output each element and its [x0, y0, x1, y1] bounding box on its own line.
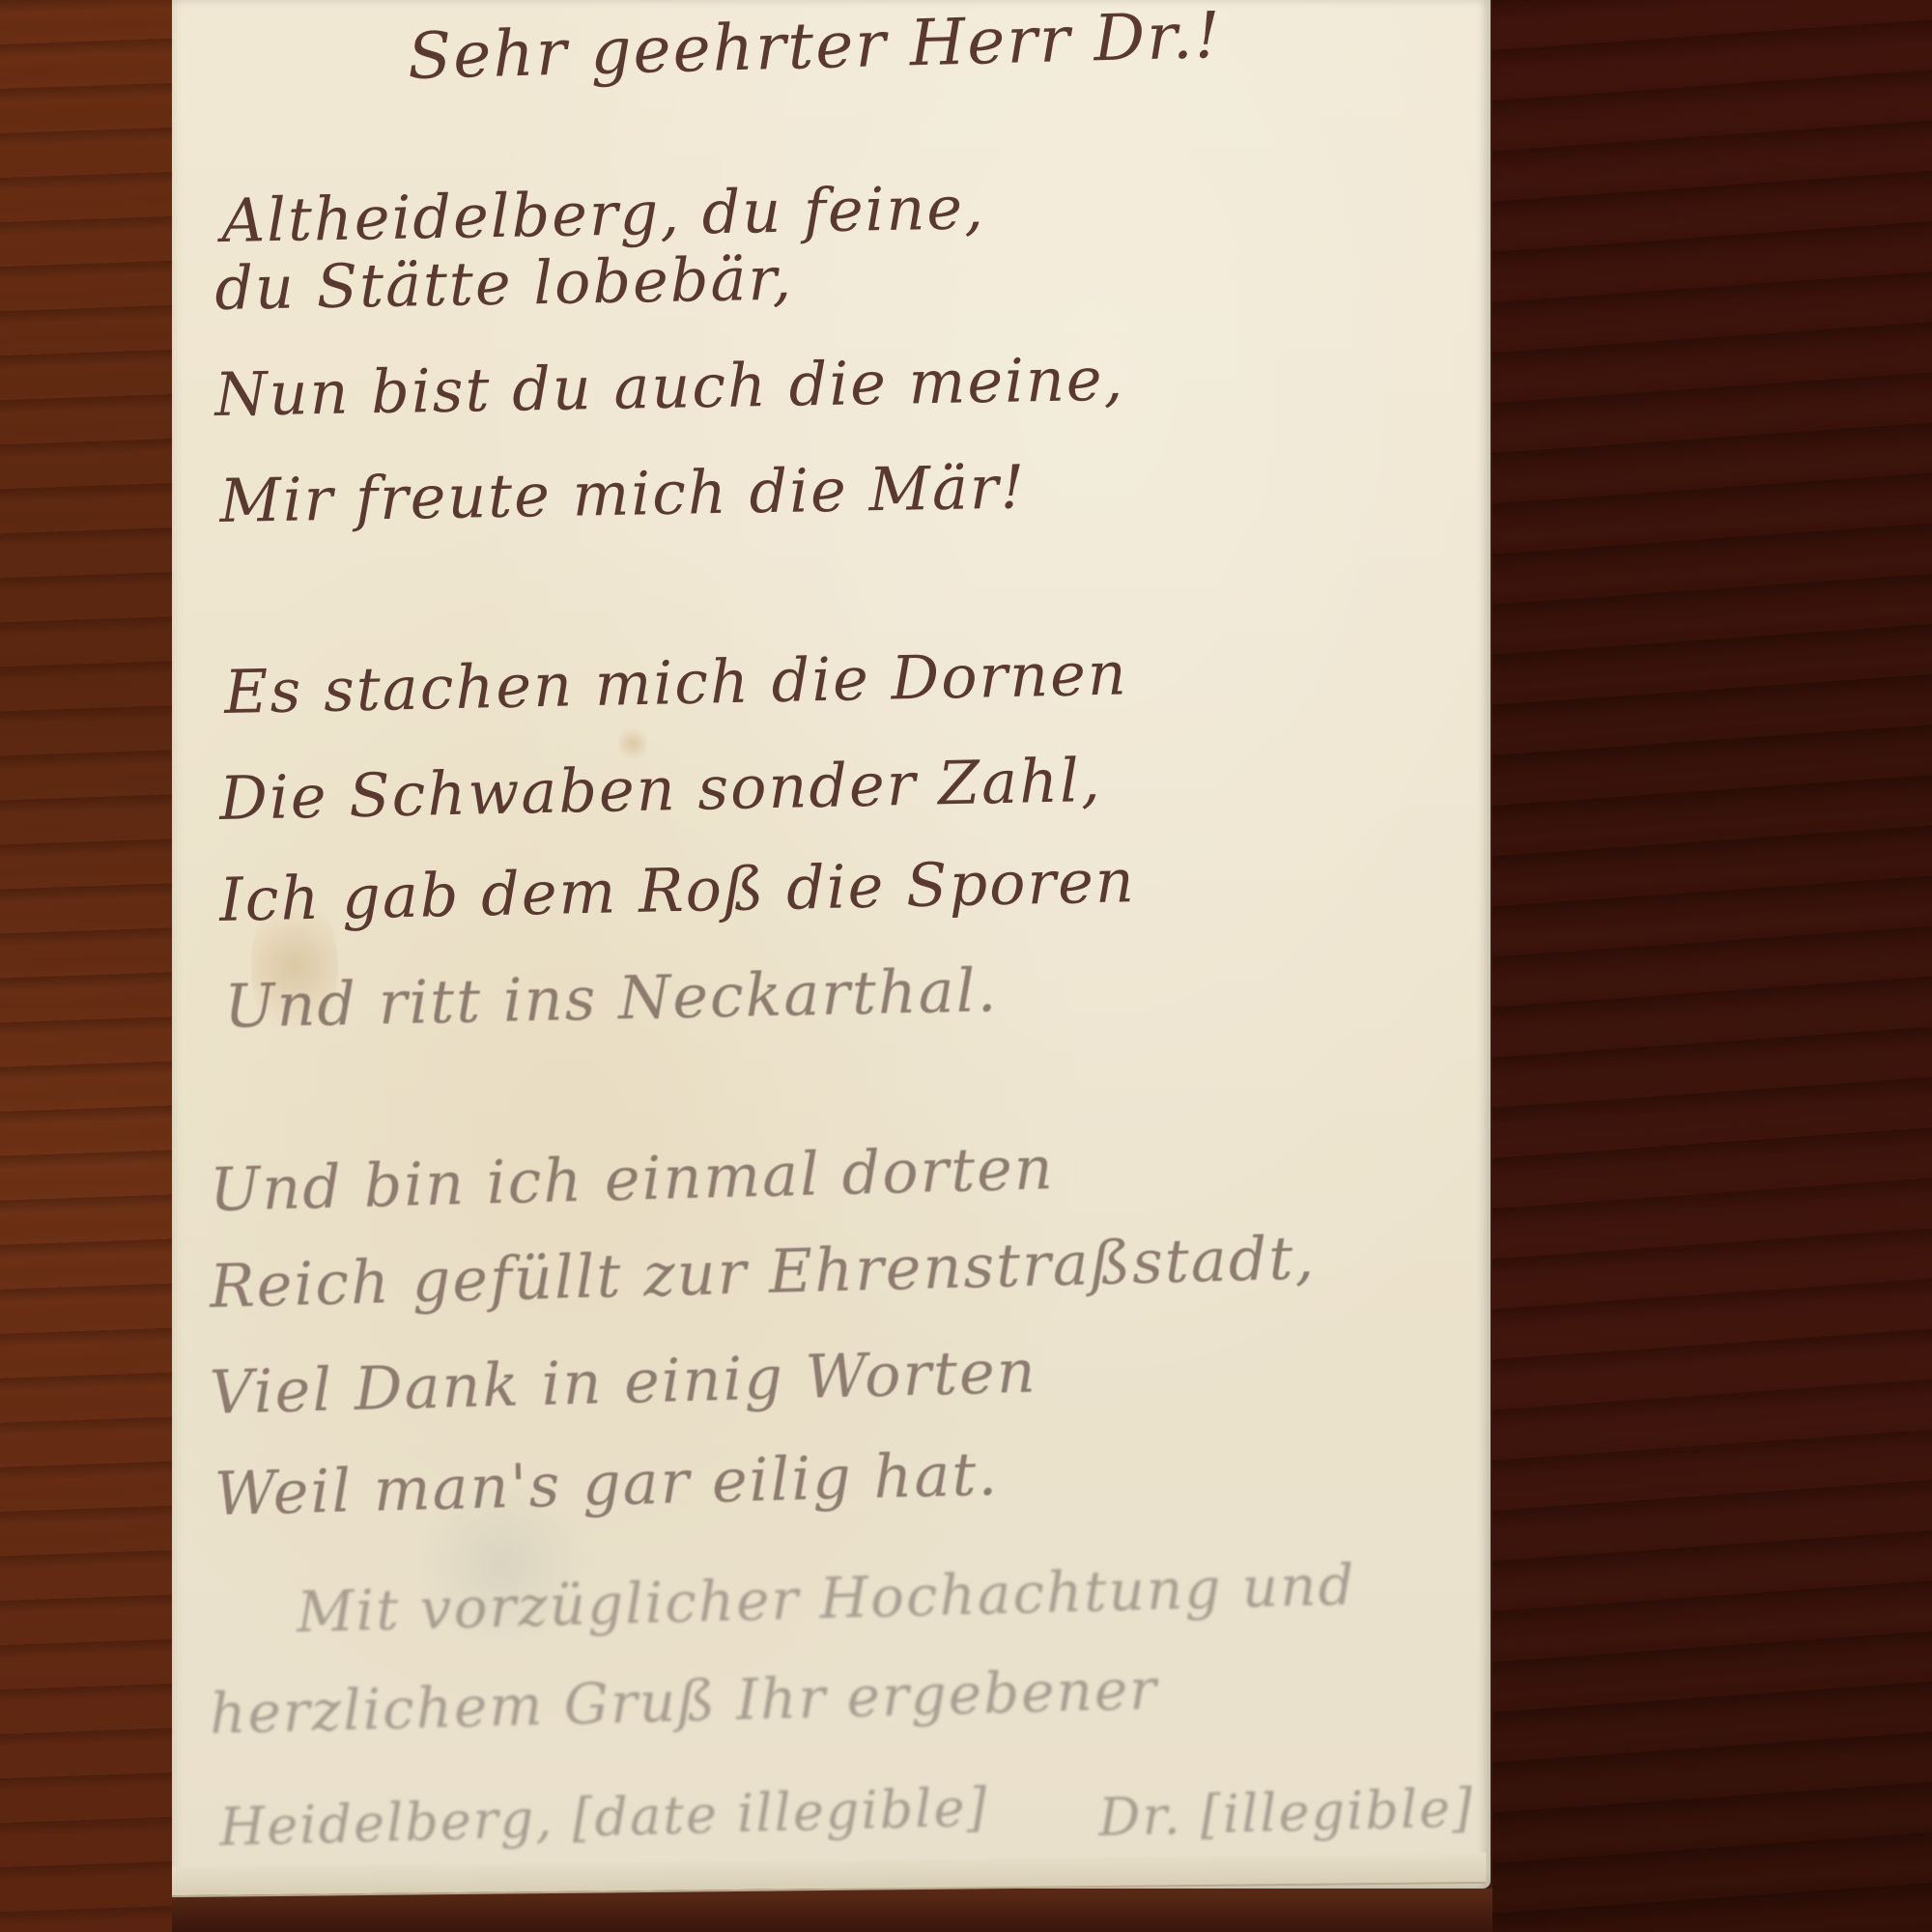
- signature: Dr. [illegible]: [1097, 1777, 1475, 1848]
- stanza-2-line-3: Ich gab dem Roß die Sporen: [218, 845, 1136, 935]
- closing-line-2: herzlichem Gruß Ihr ergebener: [209, 1656, 1158, 1747]
- handwritten-letter: Sehr geehrter Herr Dr.! Altheidelberg, d…: [172, 0, 1491, 1889]
- stanza-1-line-2: du Stätte lobebär,: [214, 243, 794, 324]
- stanza-3-line-3: Viel Dank in einig Worten: [209, 1336, 1037, 1428]
- salutation: Sehr geehrter Herr Dr.!: [407, 0, 1223, 94]
- stanza-3-line-2: Reich gefüllt zur Ehrenstraßstadt,: [209, 1222, 1317, 1321]
- stanza-1-line-4: Mir freute mich die Mär!: [219, 451, 1027, 536]
- wooden-surface-right: [1492, 0, 1932, 1932]
- stanza-3-line-4: Weil man's gar eilig hat.: [213, 1438, 1000, 1529]
- stanza-1-line-1: Altheidelberg, du feine,: [221, 172, 986, 256]
- stanza-2-line-4: Und ritt ins Neckarthal.: [223, 954, 998, 1041]
- closing-line-1: Mit vorzüglicher Hochachtung und: [296, 1551, 1356, 1645]
- stanza-2-line-1: Es stachen mich die Dornen: [223, 638, 1128, 727]
- stanza-3-line-1: Und bin ich einmal dorten: [209, 1132, 1055, 1225]
- stanza-1-line-3: Nun bist du auch die meine,: [214, 344, 1125, 430]
- stanza-2-line-2: Die Schwaben sonder Zahl,: [218, 745, 1102, 834]
- wooden-surface-left: [0, 0, 172, 1932]
- date-line: Heidelberg, [date illegible]: [218, 1776, 989, 1858]
